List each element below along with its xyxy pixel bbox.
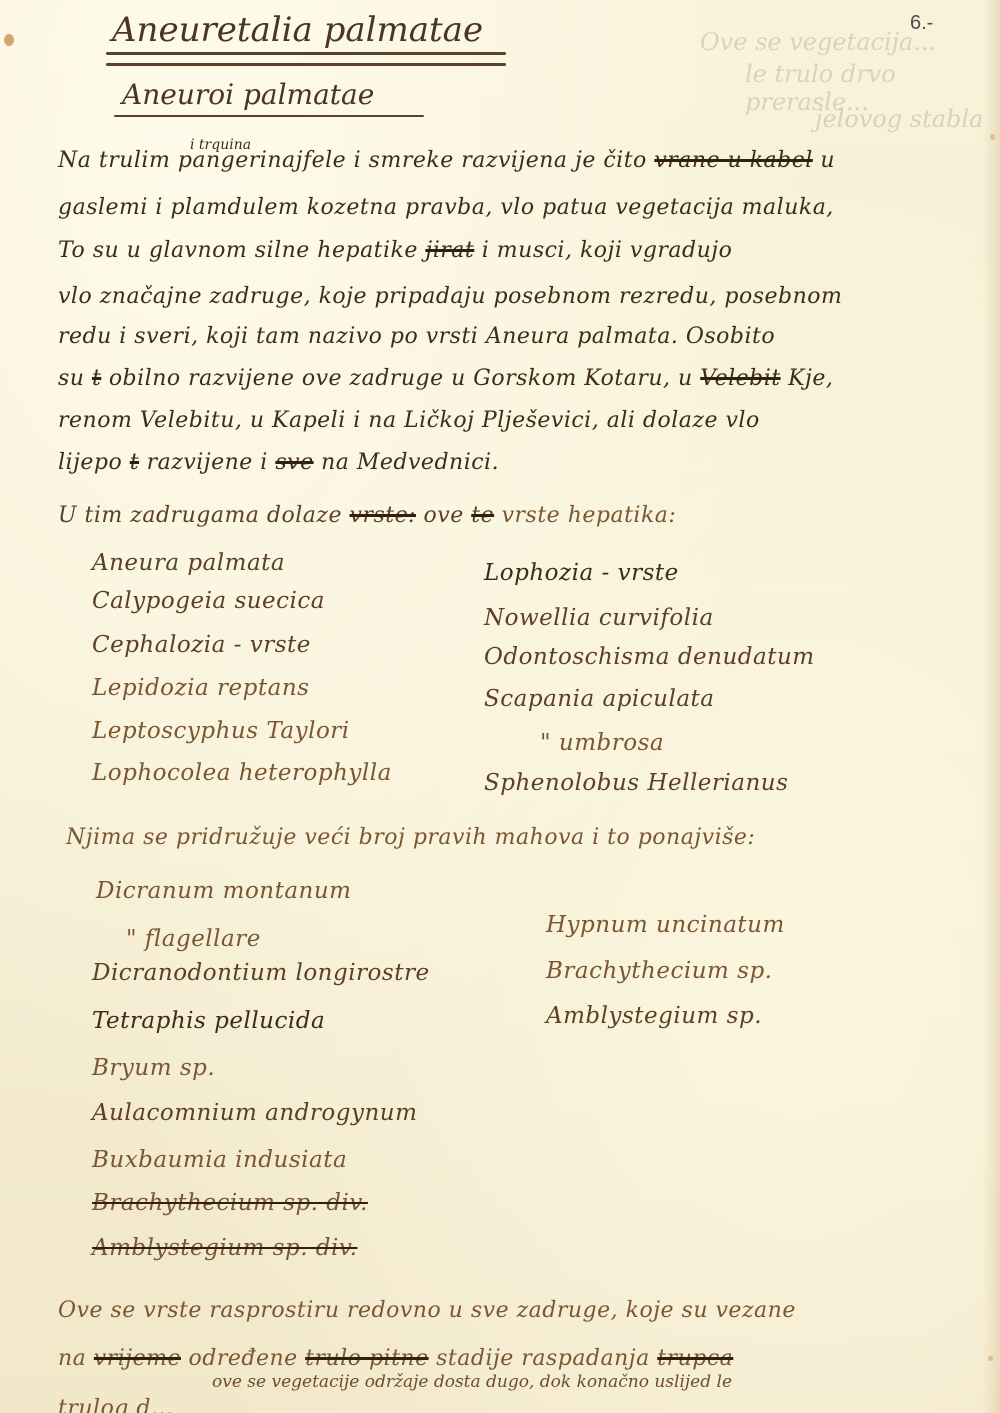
struck-text: te [471,503,494,528]
species-item: Odontoschisma denudatum [484,644,815,670]
species-item: Sphenolobus Hellerianus [484,770,788,796]
text: određene [189,1346,298,1371]
interlinear-insertion: ove se vegetacije održaje dosta dugo, do… [212,1372,732,1392]
species-item: Scapania apiculata [484,686,715,712]
species-item: Lophocolea heterophylla [92,760,392,786]
species-item: Hypnum uncinatum [546,912,785,938]
species-item: Lophozia - vrste [484,560,679,586]
text: vlo značajne zadruge, koje pripadaju pos… [58,284,842,309]
text: lijepo [58,450,122,475]
text: gaslemi i plamdulem kozetna pravba, vlo … [58,195,834,220]
text: i musci, koji vgradujo [482,238,733,263]
struck-text: jirat [425,238,474,263]
species-item: Tetraphis pellucida [92,1008,325,1034]
text: ove [424,503,464,528]
text: U tim zadrugama dolaze [58,503,342,528]
struck-text: t [92,366,101,391]
struck-text: trupca [657,1346,733,1371]
text: razvijene i [147,450,268,475]
title-underline [106,52,506,55]
text: su [58,366,84,391]
text-line: vlo značajne zadruge, koje pripadaju pos… [58,284,842,309]
species-item: Lepidozia reptans [92,675,309,701]
ink-stain [988,1356,993,1361]
species-item: Buxbaumia indusiata [92,1147,347,1173]
text-line: su t obilno razvijene ove zadruge u Gors… [58,366,833,391]
text: redu i sveri, koji tam nazivo po vrsti A… [58,324,775,349]
text-line: Ove se vrste rasprostiru redovno u sve z… [58,1298,796,1323]
page-number: 6.- [910,12,933,35]
text-line-cut-off: trulog d... [58,1396,173,1413]
species-item: Nowellia curvifolia [484,605,714,631]
species-item: Aulacomnium androgynum [92,1100,417,1126]
text: Na trulim pangerinajfele i smreke razvij… [58,148,647,173]
species-item: Dicranum montanum [96,878,352,904]
text: na Medvednici. [321,450,499,475]
bleed-through-line: jelovog stabla [815,105,983,133]
text-line: lijepo t razvijene i sve na Medvednici. [58,450,499,475]
text: obilno razvijene ove zadruge u Gorskom K… [109,366,693,391]
text: Kje, [788,366,833,391]
text-line: U tim zadrugama dolaze vrste: ove te vrs… [58,503,676,528]
text: To su u glavnom silne hepatike [58,238,418,263]
text-line: renom Velebitu, u Kapeli i na Ličkoj Plj… [58,408,760,433]
species-item: " flagellare [126,926,261,952]
text-line: To su u glavnom silne hepatike jirat i m… [58,238,732,263]
species-item: Cephalozia - vrste [92,632,311,658]
text: na [58,1346,86,1371]
bleed-through-line: Ove se vegetacija... [700,28,936,56]
text-line: Njima se pridružuje veći broj pravih mah… [66,825,755,850]
species-item: " umbrosa [540,730,664,756]
subtitle-underline [114,115,424,117]
species-item: Amblystegium sp. [546,1003,762,1029]
species-item: Calypogeia suecica [92,588,325,614]
species-item: Brachythecium sp. [546,958,772,984]
text: stadije raspadanja [436,1346,650,1371]
page-title: Aneuretalia palmatae [112,10,483,50]
species-item: Leptoscyphus Taylori [92,718,350,744]
species-item: Aneura palmata [92,550,285,576]
text: vrste hepatika: [502,503,677,528]
struck-text: t [130,450,139,475]
text: renom Velebitu, u Kapeli i na Ličkoj Plj… [58,408,760,433]
struck-text: vrste: [350,503,417,528]
text-line: na vrijeme određene trulo pitne stadije … [58,1346,733,1371]
struck-text: vrijeme [94,1346,181,1371]
struck-text: Velebit [700,366,780,391]
title-underline [106,63,506,66]
struck-text: trulo pitne [305,1346,428,1371]
text-line: gaslemi i plamdulem kozetna pravba, vlo … [58,195,834,220]
text-line: Na trulim pangerinajfele i smreke razvij… [58,148,835,173]
ink-stain [990,134,995,140]
struck-text: vrane u kabel [654,148,813,173]
species-item: Bryum sp. [92,1055,215,1081]
manuscript-page: Ove se vegetacija... le trulo drvo prera… [0,0,1000,1413]
text-line: redu i sveri, koji tam nazivo po vrsti A… [58,324,775,349]
species-item: Dicranodontium longirostre [92,960,430,986]
ink-stain [4,34,14,46]
struck-text: sve [275,450,313,475]
page-subtitle: Aneuroi palmatae [122,78,374,111]
species-item-struck: Amblystegium sp. div. [92,1235,357,1261]
species-item-struck: Brachythecium sp. div. [92,1190,368,1216]
text: u [820,148,835,173]
